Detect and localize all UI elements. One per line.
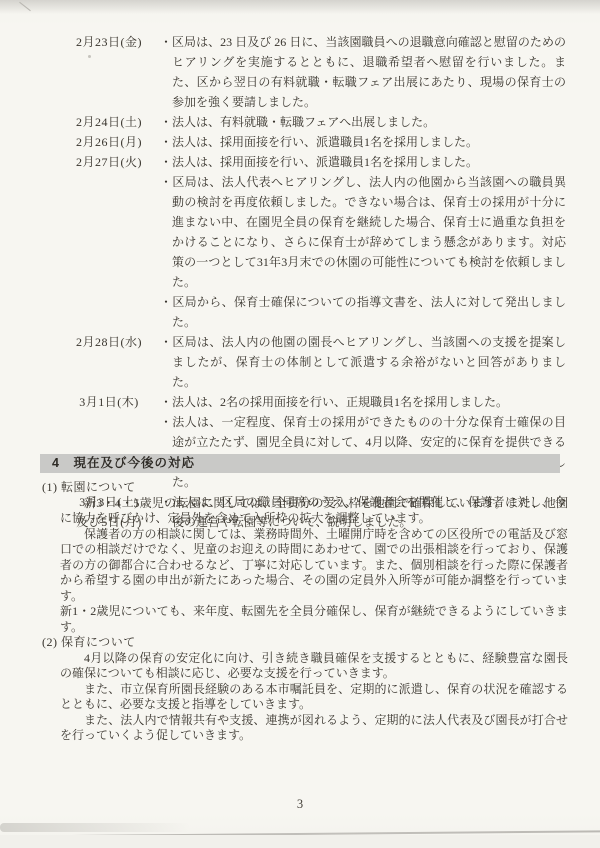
paragraph: 保護者の方の相談に関しては、業務時間外、土曜開庁時を含めての区役所での電話及び窓… <box>60 527 568 605</box>
scan-edge-below <box>0 835 600 848</box>
entry-item: ・区局から、保育士確保についての指導文書を、法人に対して発出しました。 <box>160 292 566 332</box>
entry-item: ・法人は、2名の採用面接を行い、正規職員1名を採用しました。 <box>160 392 566 412</box>
entry-items: ・区局は、法人内の他園の園長へヒアリングし、当該園への支援を提案しましたが、保育… <box>160 332 566 392</box>
subsection-paragraphs: 4月以降の保育の安定化に向け、引き続き職員確保を支援するとともに、経験豊富な園長… <box>60 651 568 744</box>
subsection-label: (2) 保育について <box>42 635 568 651</box>
subsection-paragraphs: 新3・4・5歳児の転園に関しては、全員分の受入枠を他園で確保しています。また、他… <box>60 496 568 636</box>
timeline-entry: 2月26日(月) ・法人は、採用面接を行い、派遣職員1名を採用しました。 <box>70 132 566 152</box>
paragraph: 新3・4・5歳児の転園に関しては、全員分の受入枠を他園で確保しています。また、他… <box>60 496 568 527</box>
entry-date: 2月24日(土) <box>70 112 148 132</box>
entry-items: ・法人は、採用面接を行い、派遣職員1名を採用しました。 <box>160 132 566 152</box>
section-body: (1) 転園について 新3・4・5歳児の転園に関しては、全員分の受入枠を他園で確… <box>42 480 568 744</box>
scan-edge-top <box>0 0 600 14</box>
entry-date: 3月1日(木) <box>70 392 148 412</box>
paragraph: また、市立保育所園長経験のある本市嘱託員を、定期的に派遣し、保育の状況を確認する… <box>60 682 568 713</box>
entry-items: ・法人は、採用面接を行い、派遣職員1名を採用しました。 ・区局は、法人代表へヒア… <box>160 152 566 332</box>
entry-item: ・区局は、法人内の他園の園長へヒアリングし、当該園への支援を提案しましたが、保育… <box>160 332 566 392</box>
timeline-entry: 3月1日(木) ・法人は、2名の採用面接を行い、正規職員1名を採用しました。 ・… <box>70 392 566 492</box>
document-page: 2月23日(金) ・区局は、23 日及び 26 日に、当該園職員への退職意向確認… <box>0 0 600 848</box>
entry-item: ・法人は、有料就職・転職フェアへ出展しました。 <box>160 112 566 132</box>
entry-items: ・法人は、有料就職・転職フェアへ出展しました。 <box>160 112 566 132</box>
entry-item: ・法人は、採用面接を行い、派遣職員1名を採用しました。 <box>160 132 566 152</box>
entry-date: 2月27日(火) <box>70 152 148 172</box>
paragraph: 新1・2歳児についても、来年度、転園先を全員分確保し、保育が継続できるようにして… <box>60 604 568 635</box>
section-heading: 4 現在及び今後の対応 <box>40 454 560 473</box>
entry-date: 2月28日(水) <box>70 332 148 352</box>
entry-items: ・区局は、23 日及び 26 日に、当該園職員への退職意向確認と慰留のためのヒア… <box>160 32 566 112</box>
paragraph: また、法人内で情報共有や支援、連携が図れるよう、定期的に法人代表及び園長が打合せ… <box>60 713 568 744</box>
page-number: 3 <box>0 797 600 812</box>
entry-date: 2月26日(月) <box>70 132 148 152</box>
subsection-tenen: (1) 転園について 新3・4・5歳児の転園に関しては、全員分の受入枠を他園で確… <box>42 480 568 635</box>
timeline-entry: 2月27日(火) ・法人は、採用面接を行い、派遣職員1名を採用しました。 ・区局… <box>70 152 566 332</box>
subsection-label: (1) 転園について <box>42 480 568 496</box>
scan-artifact <box>0 823 190 832</box>
entry-item: ・区局は、23 日及び 26 日に、当該園職員への退職意向確認と慰留のためのヒア… <box>160 32 566 112</box>
entry-item: ・法人は、採用面接を行い、派遣職員1名を採用しました。 <box>160 152 566 172</box>
subsection-hoiku: (2) 保育について 4月以降の保育の安定化に向け、引き続き職員確保を支援すると… <box>42 635 568 744</box>
paragraph: 4月以降の保育の安定化に向け、引き続き職員確保を支援するとともに、経験豊富な園長… <box>60 651 568 682</box>
timeline-entry: 2月24日(土) ・法人は、有料就職・転職フェアへ出展しました。 <box>70 112 566 132</box>
entry-items: ・法人は、2名の採用面接を行い、正規職員1名を採用しました。 ・法人は、一定程度… <box>160 392 566 492</box>
timeline-entry: 2月28日(水) ・区局は、法人内の他園の園長へヒアリングし、当該園への支援を提… <box>70 332 566 392</box>
entry-item: ・区局は、法人代表へヒアリングし、法人内の他園から当該園への職員異動の検討を再度… <box>160 172 566 292</box>
timeline-entry: 2月23日(金) ・区局は、23 日及び 26 日に、当該園職員への退職意向確認… <box>70 32 566 112</box>
entry-date: 2月23日(金) <box>70 32 148 52</box>
